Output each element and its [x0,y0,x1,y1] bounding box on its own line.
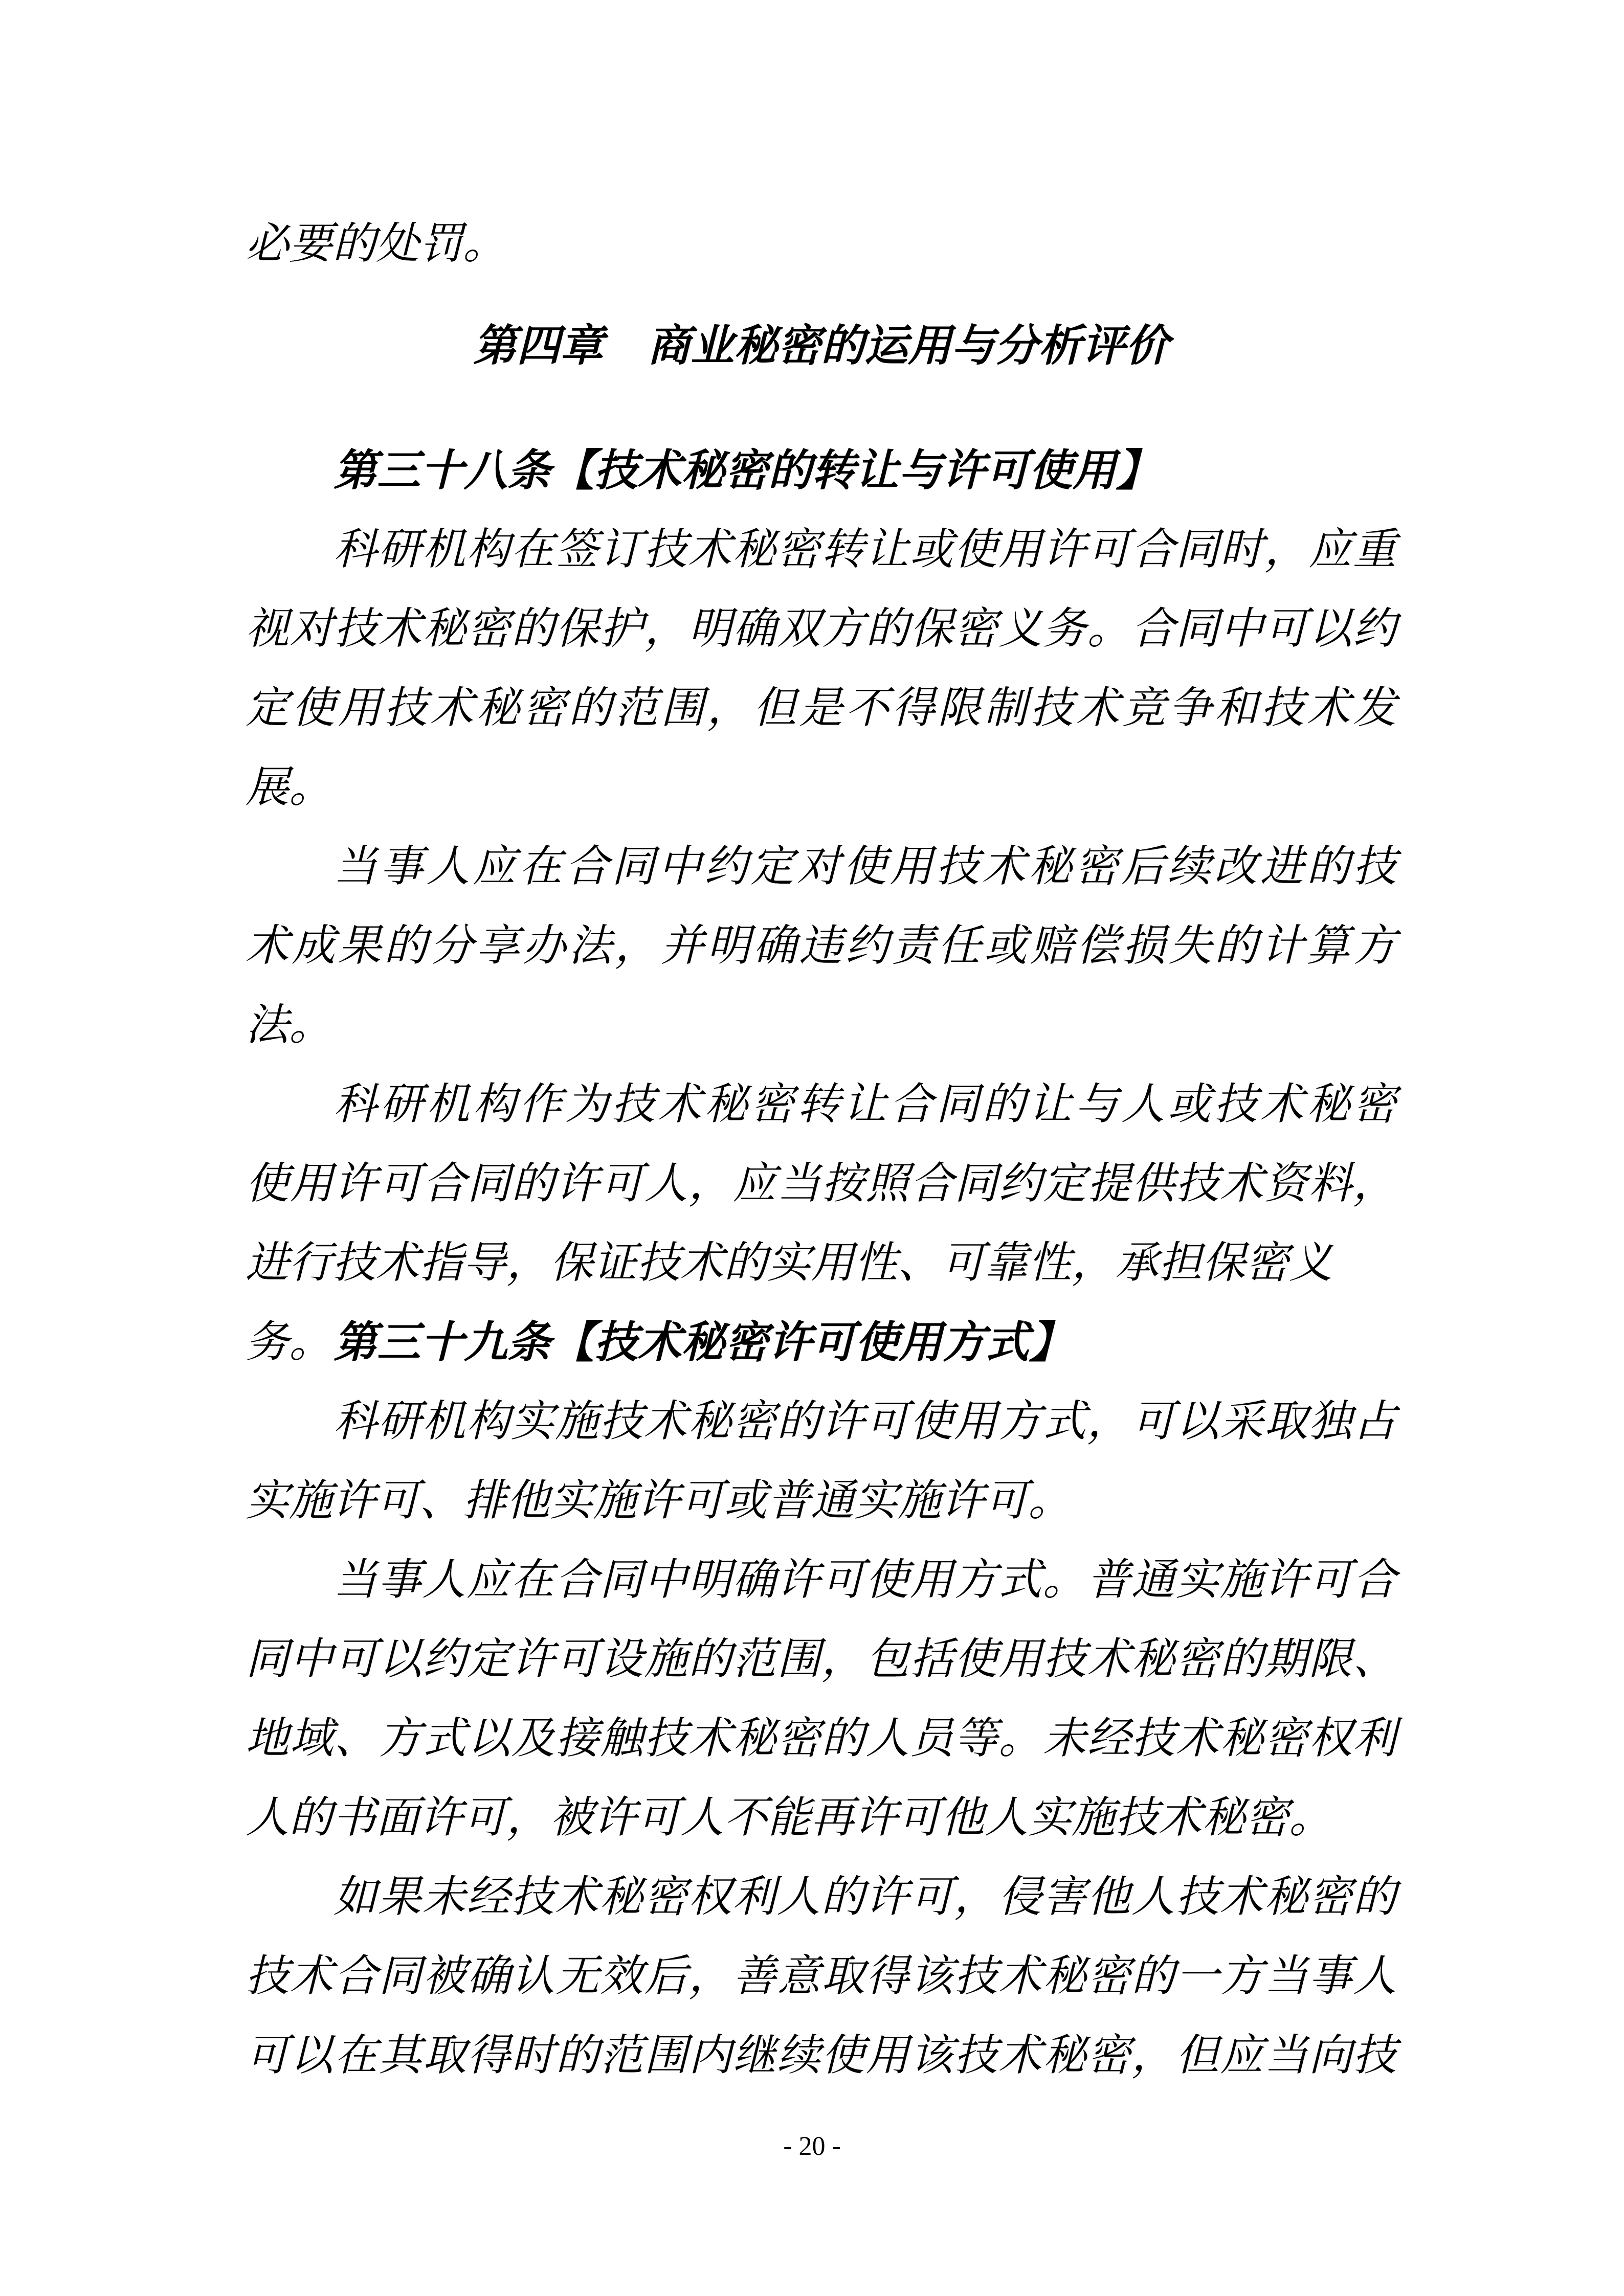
text-line: 展。 [246,748,1396,827]
text-line: 视对技术秘密的保护，明确双方的保密义务。合同中可以约 [246,590,1396,669]
text-line: 可以在其取得时的范围内继续使用该技术秘密，但应当向技 [246,2016,1396,2096]
text-line: 当事人应在合同中约定对使用技术秘密后续改进的技 [246,827,1396,907]
text-line: 实施许可、排他实施许可或普通实施许可。 [246,1461,1396,1541]
article-38-heading: 第三十八条【技术秘密的转让与许可使用】 [246,431,1396,510]
text-line: 使用许可合同的许可人，应当按照合同约定提供技术资料， [246,1144,1396,1224]
text-line: 地域、方式以及接触技术秘密的人员等。未经技术秘密权利 [246,1699,1396,1779]
text-line: 进行技术指导，保证技术的实用性、可靠性，承担保密义务。 [246,1224,1396,1303]
text-line: 如果未经技术秘密权利人的许可，侵害他人技术秘密的 [246,1858,1396,1937]
text-line: 法。 [246,986,1396,1065]
continuation-line: 必要的处罚。 [246,205,1396,284]
article-39-heading: 第三十九条【技术秘密许可使用方式】 [246,1303,1396,1382]
text-line: 定使用技术秘密的范围，但是不得限制技术竞争和技术发 [246,669,1396,748]
text-line: 科研机构作为技术秘密转让合同的让与人或技术秘密 [246,1065,1396,1144]
text-line: 术成果的分享办法，并明确违约责任或赔偿损失的计算方 [246,907,1396,986]
text-line: 当事人应在合同中明确许可使用方式。普通实施许可合 [246,1541,1396,1620]
text-line: 科研机构实施技术秘密的许可使用方式，可以采取独占 [246,1382,1396,1461]
text-line: 人的书面许可，被许可人不能再许可他人实施技术秘密。 [246,1779,1396,1858]
document-page: 必要的处罚。 第四章 商业秘密的运用与分析评价 第三十八条【技术秘密的转让与许可… [0,0,1624,2296]
chapter-heading: 第四章 商业秘密的运用与分析评价 [246,306,1396,386]
text-line: 同中可以约定许可设施的范围，包括使用技术秘密的期限、 [246,1620,1396,1699]
text-column: 必要的处罚。 第四章 商业秘密的运用与分析评价 第三十八条【技术秘密的转让与许可… [246,205,1396,2096]
text-line: 科研机构在签订技术秘密转让或使用许可合同时，应重 [246,510,1396,590]
page-number: - 20 - [0,2126,1624,2167]
text-line: 技术合同被确认无效后，善意取得该技术秘密的一方当事人 [246,1937,1396,2016]
